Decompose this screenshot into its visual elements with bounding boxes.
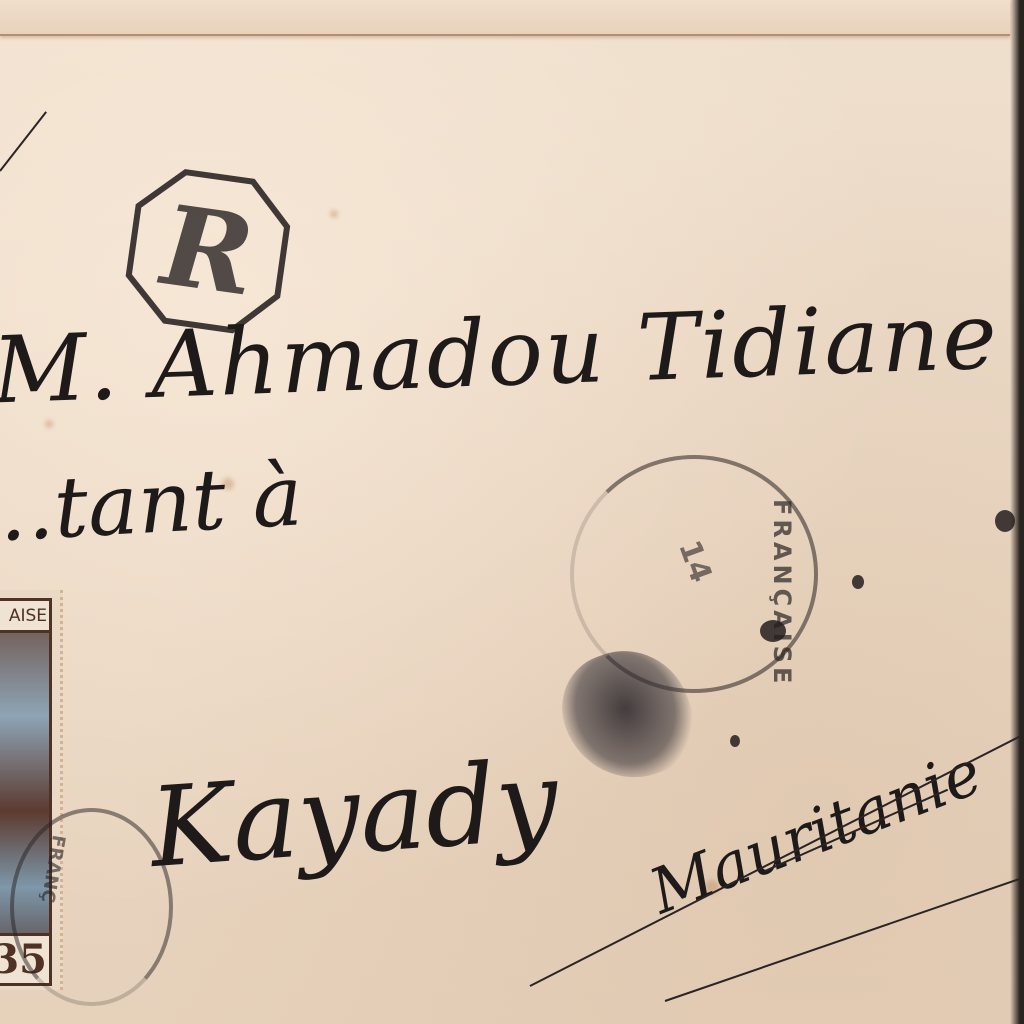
postmark-text: FRANÇAISE <box>768 499 796 687</box>
ink-spot <box>995 510 1015 532</box>
envelope-edge-shadow <box>1010 0 1024 1024</box>
postmark-text: FRANÇ <box>36 833 69 904</box>
ink-spot <box>730 735 740 747</box>
ink-spot <box>760 620 786 642</box>
foxing-stain <box>330 210 338 218</box>
envelope-flap <box>0 0 1010 36</box>
postmark-on-stamp: FRANÇ <box>10 808 173 1006</box>
postage-stamp-header: AISE <box>0 601 49 633</box>
ink-spot <box>852 575 864 589</box>
address-line-occupation: …tant à <box>0 446 305 561</box>
postmark-date: 14 <box>671 536 718 587</box>
